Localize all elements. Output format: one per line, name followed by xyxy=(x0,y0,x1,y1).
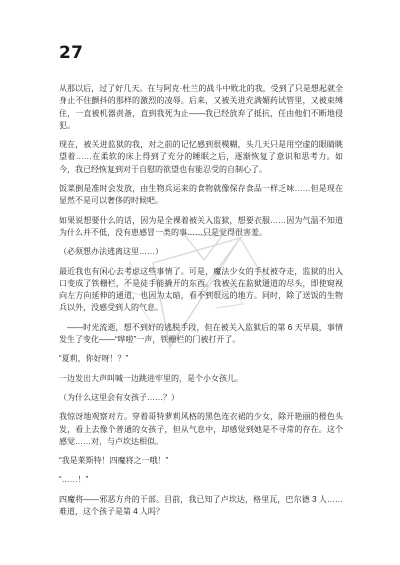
chapter-content: 27 从那以后，过了好几天。在与阿克·杜兰的战斗中败北的我，受到了只是想起就全身… xyxy=(59,45,343,525)
paragraph: 我惊讶地观察对方。穿着哥特萝莉风格的黑色连衣裙的少女，除开艳丽的橙色头发，看上去… xyxy=(59,411,343,448)
paragraph: 从那以后，过了好几天。在与阿克·杜兰的战斗中败北的我，受到了只是想起就全身止不住… xyxy=(59,83,343,132)
chapter-number: 27 xyxy=(59,45,343,62)
ebook-page: { "content": { "chapter_number": "27", "… xyxy=(0,0,400,565)
paragraph-dialogue: “我是莱斯特！四魔将之一哦！” xyxy=(59,455,343,467)
paragraph-dialogue: “夏莉，你好呀！？” xyxy=(59,353,343,365)
paragraph: （为什么这里会有女孩子……？） xyxy=(59,392,343,404)
paragraph: 现在，被关进监狱的我，对之前的记忆感到很模糊，头几天只是用空虚的眼睛眺望着……在… xyxy=(59,139,343,176)
paragraph: 饭菜倒是准时会发放，由生物兵运来的食物就像保存食品一样乏味……但是现在显然不是可… xyxy=(59,183,343,208)
paragraph: （必须想办法逃离这里……） xyxy=(59,246,343,258)
paragraph: 四魔将——邪恶方舟的干部。目前，我已知了卢坎达，格里瓦，巴尔德 3 人……难道，… xyxy=(59,494,343,519)
paragraph: 一边发出大声叫喊一边跳进牢里的，是个小女孩儿。 xyxy=(59,373,343,385)
paragraph: 如果说想要什么的话，因为是全裸着被关入监狱，想要衣服……因为气温不知道为什么并不… xyxy=(59,215,343,240)
paragraph: ——时光流逝，想不到好的逃脱手段，但在被关入监狱后的第 6 天早晨，事情发生了变… xyxy=(59,322,343,347)
paragraph: 最近我也有闲心去考虑这些事情了。可是，魔法少女的手杖被夺走，监狱的出入口变成了铁… xyxy=(59,266,343,315)
paragraph-dialogue: “……！” xyxy=(59,474,343,486)
